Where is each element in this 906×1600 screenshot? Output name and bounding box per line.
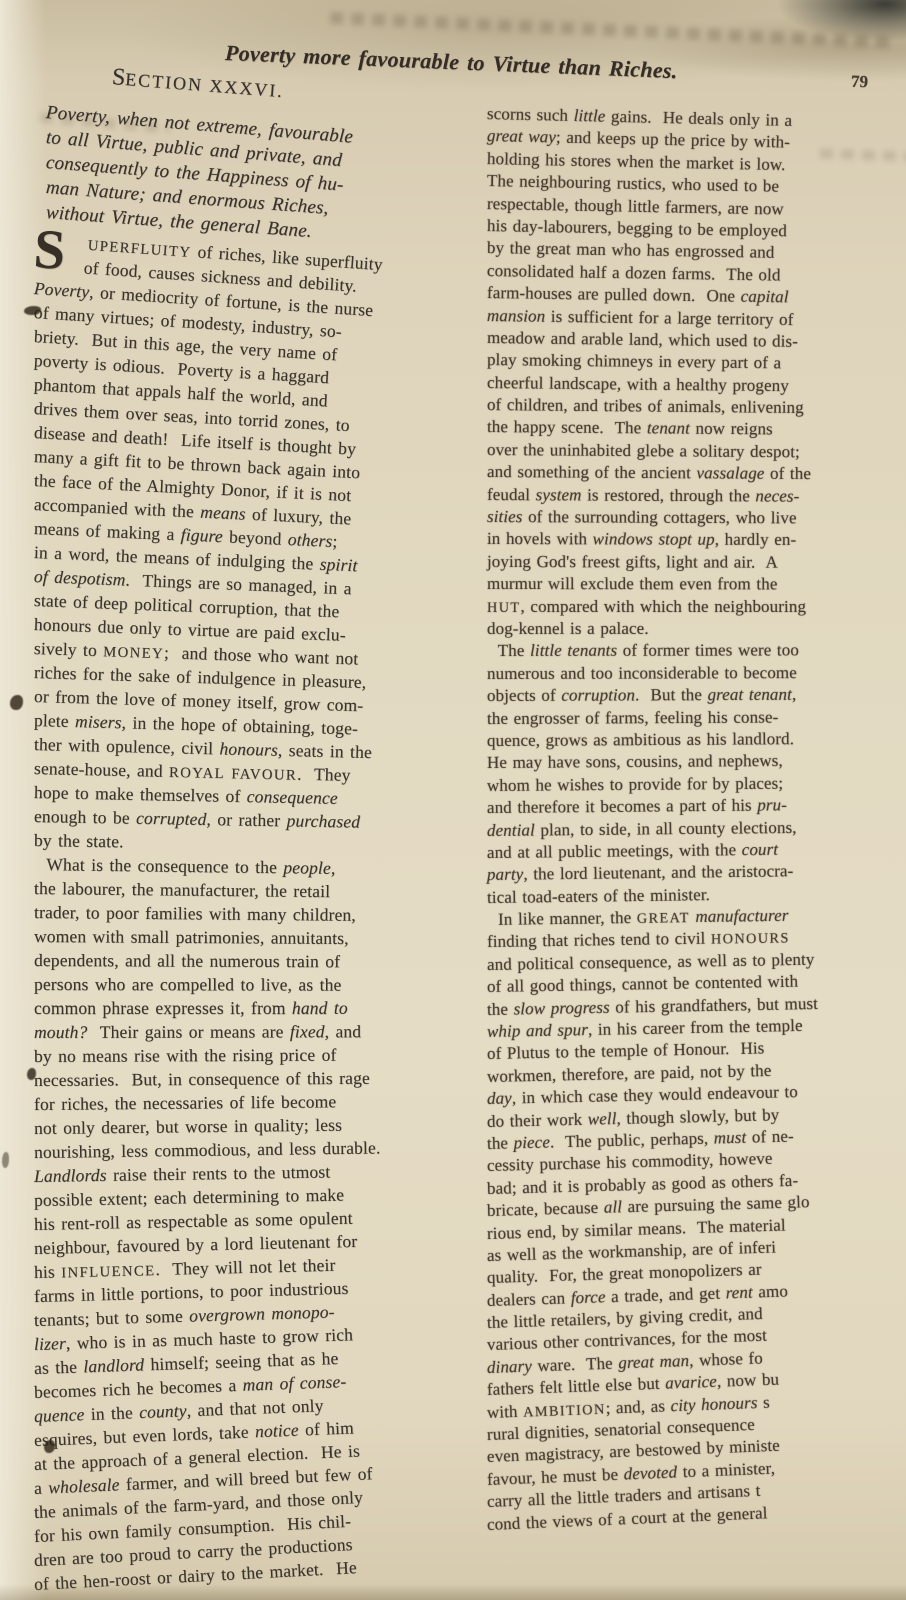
show-through-smudge [330, 12, 890, 48]
section-argument: Poverty, when not extreme, favourableto … [34, 100, 486, 225]
text-line: murmur will exclude them even from the [487, 573, 906, 596]
ink-speck [10, 695, 23, 710]
text-line: dog-kennel is a palace. [487, 618, 906, 641]
text-line: in hovels with windows stopt up, hardly … [487, 528, 906, 552]
right-column: scorns such little gains. He deals only … [487, 103, 906, 1536]
text-line: the engrosser of farms, feeling his cons… [487, 705, 906, 730]
book-page-scan: Poverty more favourable to Virtue than R… [0, 0, 906, 1600]
text-line: joying God's freest gifts, light and air… [487, 551, 906, 574]
section-heading-rest: ECTION XXXVI. [125, 69, 285, 101]
running-header: Poverty more favourable to Virtue than R… [224, 40, 825, 90]
left-column: Poverty, when not extreme, favourableto … [34, 100, 486, 1596]
page-number: 79 [851, 72, 869, 93]
left-column-text: S UPERFLUITY of riches, like superfluity… [34, 228, 486, 1596]
text-line: persons who are compelled to live, as th… [34, 972, 486, 997]
ink-speck [2, 1152, 9, 1168]
text-line: dependents, and all the numerous train o… [34, 948, 486, 974]
text-line: feudal system is restored, through the n… [487, 484, 906, 509]
text-line: sities of the surrounding cottagers, who… [487, 506, 906, 530]
text-line: mouth? Their gains or means are fixed, a… [34, 1019, 486, 1044]
text-line: The little tenants of former times were … [487, 640, 906, 663]
text-line: objects of corruption. But the great ten… [487, 683, 906, 707]
text-line: HUT, compared with which the neighbourin… [487, 596, 906, 618]
text-line: numerous and too inconsiderable to becom… [487, 661, 906, 685]
text-line: women with small patrimonies, annuitants… [34, 924, 486, 951]
section-heading: SECTION XXXVI. [111, 64, 285, 104]
text-line: by no means rise with the rising price o… [34, 1042, 486, 1068]
text-line: and something of the ancient vassalage o… [487, 461, 906, 486]
text-line: common phrase expresses it, from hand to [34, 996, 486, 1020]
text-line: He may have sons, cousins, and nephews, [487, 749, 906, 774]
page-bottom-shadow [0, 1584, 906, 1600]
